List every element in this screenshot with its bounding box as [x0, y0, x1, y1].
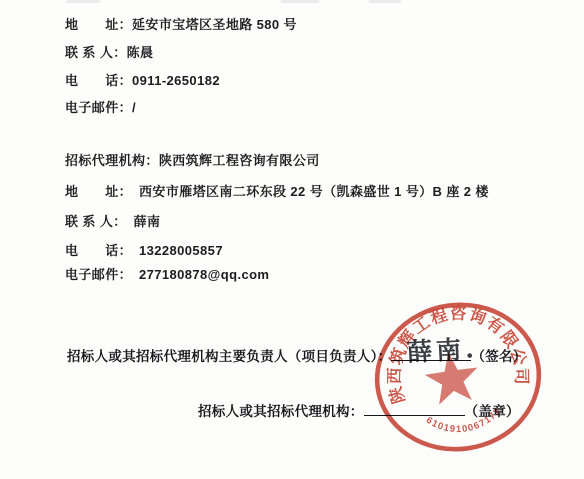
agency-address-row: 地 址：西安市雁塔区南二环东段 22 号（凯森盛世 1 号）B 座 2 楼 — [65, 181, 489, 200]
phone-label: 电 话： — [65, 240, 132, 259]
address-label: 地 址： — [65, 181, 132, 200]
principal-signature-label: 招标人或其招标代理机构主要负责人（项目负责人）： — [67, 349, 391, 364]
tenderer-email-row: 电子邮件：/ — [65, 97, 136, 116]
email-label: 电子邮件： — [65, 97, 132, 116]
contact-label: 联 系 人： — [65, 211, 127, 230]
address-value: 延安市宝塔区圣地路 580 号 — [132, 14, 297, 33]
contact-label: 联 系 人： — [65, 42, 127, 61]
tenderer-phone-row: 电 话：0911-2650182 — [65, 70, 220, 89]
address-value: 西安市雁塔区南二环东段 22 号（凯森盛世 1 号）B 座 2 楼 — [132, 181, 489, 200]
agency-label: 招标代理机构： — [65, 150, 159, 169]
phone-label: 电 话： — [65, 70, 132, 89]
phone-value: 0911-2650182 — [132, 73, 220, 88]
agency-phone-row: 电 话：13228005857 — [65, 240, 223, 259]
email-value: / — [132, 100, 136, 115]
page-edge-artifact — [281, 0, 319, 3]
address-label: 地 址： — [65, 14, 132, 33]
tenderer-address-row: 地 址：延安市宝塔区圣地路 580 号 — [65, 14, 297, 33]
company-seal-stamp: 陕西筑辉工程咨询有限公司 6101910067173 — [371, 300, 545, 454]
agency-org-row: 招标代理机构：陕西筑辉工程咨询有限公司 — [65, 150, 320, 169]
contact-value: 陈晨 — [127, 42, 154, 61]
agency-value: 陕西筑辉工程咨询有限公司 — [159, 150, 320, 169]
email-label: 电子邮件： — [65, 264, 132, 283]
agency-stamp-label: 招标人或其招标代理机构： — [198, 404, 364, 419]
document-page: 地 址：延安市宝塔区圣地路 580 号 联 系 人：陈晨 电 话：0911-26… — [0, 0, 584, 479]
email-value: 277180878@qq.com — [132, 267, 269, 282]
page-edge-artifact — [369, 0, 401, 3]
page-edge-artifact — [66, 0, 100, 3]
agency-contact-row: 联 系 人：薛南 — [65, 211, 160, 230]
tenderer-contact-row: 联 系 人：陈晨 — [65, 42, 153, 61]
phone-value: 13228005857 — [132, 243, 223, 258]
handwritten-signature: 薛南. — [406, 329, 479, 369]
seal-code-text: 6101910067173 — [423, 405, 506, 440]
contact-value: 薛南 — [127, 211, 161, 230]
agency-email-row: 电子邮件：277180878@qq.com — [65, 264, 269, 283]
